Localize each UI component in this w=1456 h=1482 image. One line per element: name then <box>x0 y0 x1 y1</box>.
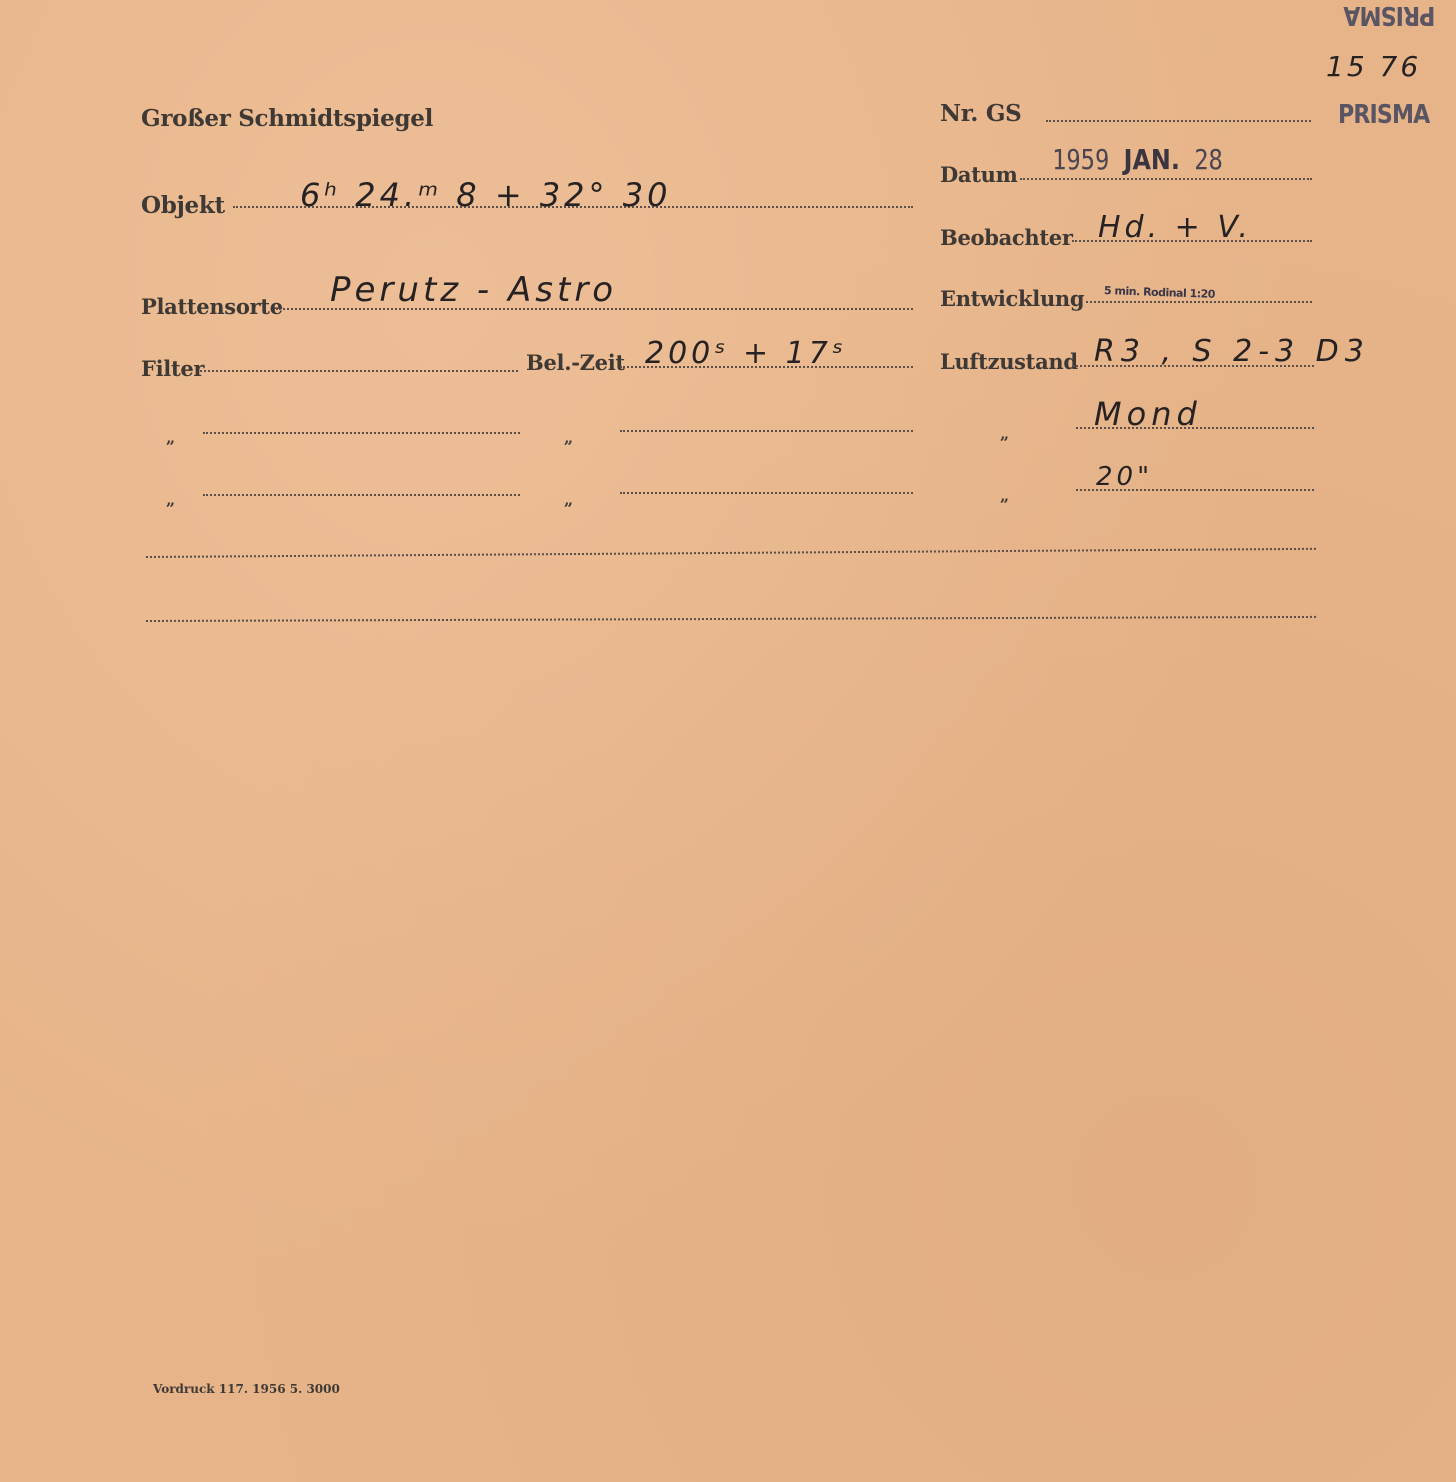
entwicklung-line <box>1086 301 1312 303</box>
datum-year: 1959 <box>1052 143 1109 176</box>
bel-zeit-label: Bel.-Zeit <box>526 350 625 375</box>
luftzustand-ditto-value-1[interactable]: Mond <box>1094 395 1202 433</box>
ditto-line-right-1[interactable] <box>620 430 913 432</box>
ditto-mark-right-2: „ <box>564 490 573 509</box>
luftzustand-ditto-mark-2: „ <box>1000 486 1009 505</box>
plattensorte-label: Plattensorte <box>141 294 283 319</box>
datum-stamp[interactable]: 1959 JAN. 28 <box>1052 143 1223 176</box>
ditto-mark-left-1: „ <box>166 428 175 447</box>
datum-day: 28 <box>1194 143 1223 176</box>
form-print-info: Vordruck 117. 1956 5. 3000 <box>153 1382 340 1396</box>
datum-label: Datum <box>940 162 1018 187</box>
luftzustand-ditto-mark-1: „ <box>1000 424 1009 443</box>
ditto-mark-left-2: „ <box>166 490 175 509</box>
datum-line <box>1020 178 1312 180</box>
luftzustand-ditto-value-2[interactable]: 20" <box>1096 462 1153 492</box>
bel-zeit-value[interactable]: 200ˢ + 17ˢ <box>645 336 847 371</box>
ditto-mark-right-1: „ <box>564 428 573 447</box>
form-title: Großer Schmidtspiegel <box>141 105 433 132</box>
filter-line <box>200 370 518 372</box>
plate-number: 15 76 <box>1326 50 1421 83</box>
plattensorte-value[interactable]: Perutz - Astro <box>330 270 617 310</box>
prisma-stamp: PRISMA <box>1338 100 1429 130</box>
ditto-line-left-1[interactable] <box>203 432 520 434</box>
luftzustand-value[interactable]: R3 , S 2-3 D3 <box>1094 334 1370 369</box>
objekt-value[interactable]: 6ʰ 24.ᵐ 8 + 32° 30 <box>300 176 671 214</box>
filter-label: Filter <box>141 356 204 381</box>
prisma-stamp-inverted: PRISMA <box>1344 0 1435 30</box>
beobachter-label: Beobachter <box>940 225 1073 250</box>
entwicklung-label: Entwicklung <box>940 286 1084 311</box>
ditto-line-left-2[interactable] <box>203 494 520 496</box>
ditto-line-right-2[interactable] <box>620 492 913 494</box>
objekt-label: Objekt <box>141 192 225 219</box>
beobachter-value[interactable]: Hd. + V. <box>1098 210 1252 245</box>
nr-gs-label: Nr. GS <box>940 100 1022 127</box>
nr-gs-line[interactable] <box>1046 120 1311 122</box>
datum-month: JAN. <box>1124 143 1180 176</box>
luftzustand-label: Luftzustand <box>940 349 1078 374</box>
